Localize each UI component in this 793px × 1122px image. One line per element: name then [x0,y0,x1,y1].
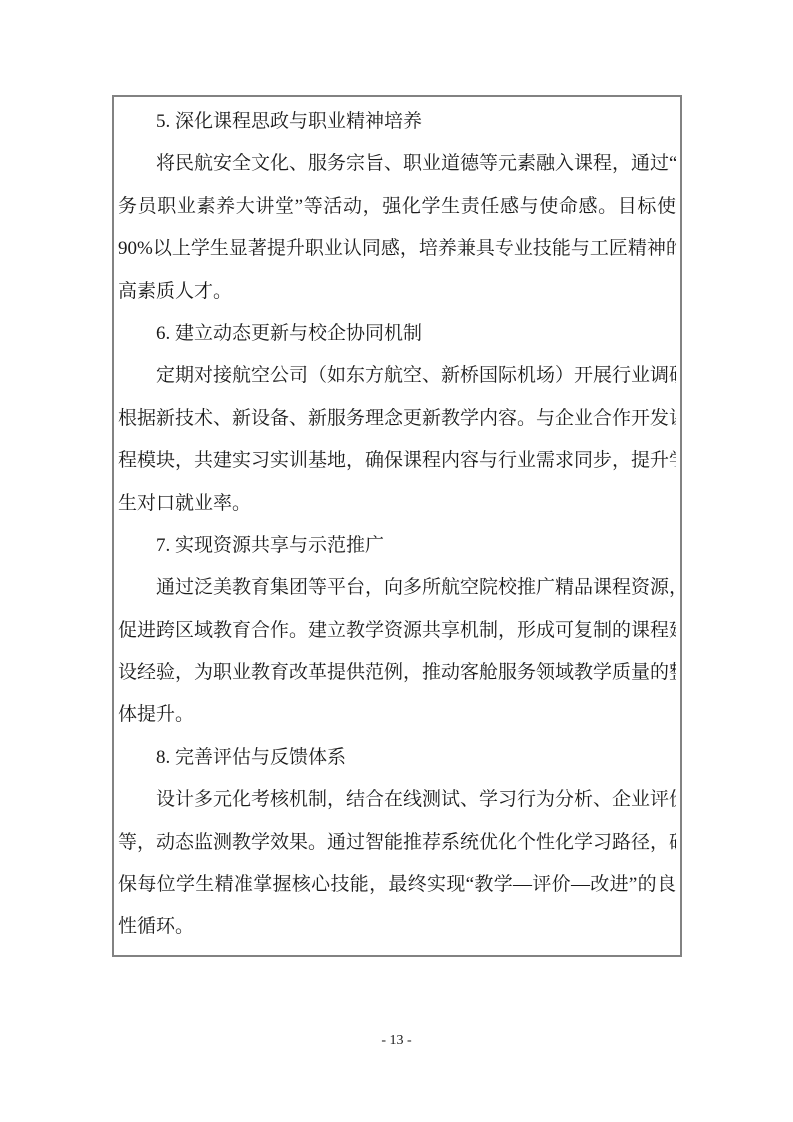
text-line: 促进跨区域教育合作。建立教学资源共享机制，形成可复制的课程建 [118,610,676,652]
text-line: 保每位学生精准掌握核心技能，最终实现“教学—评价—改进”的良 [118,864,676,906]
section-7-heading: 7. 实现资源共享与示范推广 [118,525,676,567]
section-5-heading: 5. 深化课程思政与职业精神培养 [118,101,676,143]
section-6-heading: 6. 建立动态更新与校企协同机制 [118,313,676,355]
content-table-cell: 5. 深化课程思政与职业精神培养 将民航安全文化、服务宗旨、职业道德等元素融入课… [112,95,682,957]
text-line: 90%以上学生显著提升职业认同感，培养兼具专业技能与工匠精神的 [118,228,676,270]
text-line: 设计多元化考核机制，结合在线测试、学习行为分析、企业评价 [118,779,676,821]
text-line: 根据新技术、新设备、新服务理念更新教学内容。与企业合作开发课 [118,398,676,440]
page-number: - 13 - [0,1033,793,1049]
text-line: 定期对接航空公司（如东方航空、新桥国际机场）开展行业调研， [118,355,676,397]
document-page: 5. 深化课程思政与职业精神培养 将民航安全文化、服务宗旨、职业道德等元素融入课… [0,0,793,1122]
text-line: 生对口就业率。 [118,483,676,525]
text-line: 性循环。 [118,906,676,948]
text-line: 务员职业素养大讲堂”等活动，强化学生责任感与使命感。目标使 [118,186,676,228]
text-line: 通过泛美教育集团等平台，向多所航空院校推广精品课程资源， [118,567,676,609]
text-line: 设经验，为职业教育改革提供范例，推动客舱服务领域教学质量的整 [118,652,676,694]
text-line: 高素质人才。 [118,271,676,313]
text-line: 等，动态监测教学效果。通过智能推荐系统优化个性化学习路径，确 [118,822,676,864]
text-line: 将民航安全文化、服务宗旨、职业道德等元素融入课程，通过“乘 [118,143,676,185]
text-line: 体提升。 [118,694,676,736]
section-8-heading: 8. 完善评估与反馈体系 [118,737,676,779]
text-line: 程模块，共建实习实训基地，确保课程内容与行业需求同步，提升学 [118,440,676,482]
